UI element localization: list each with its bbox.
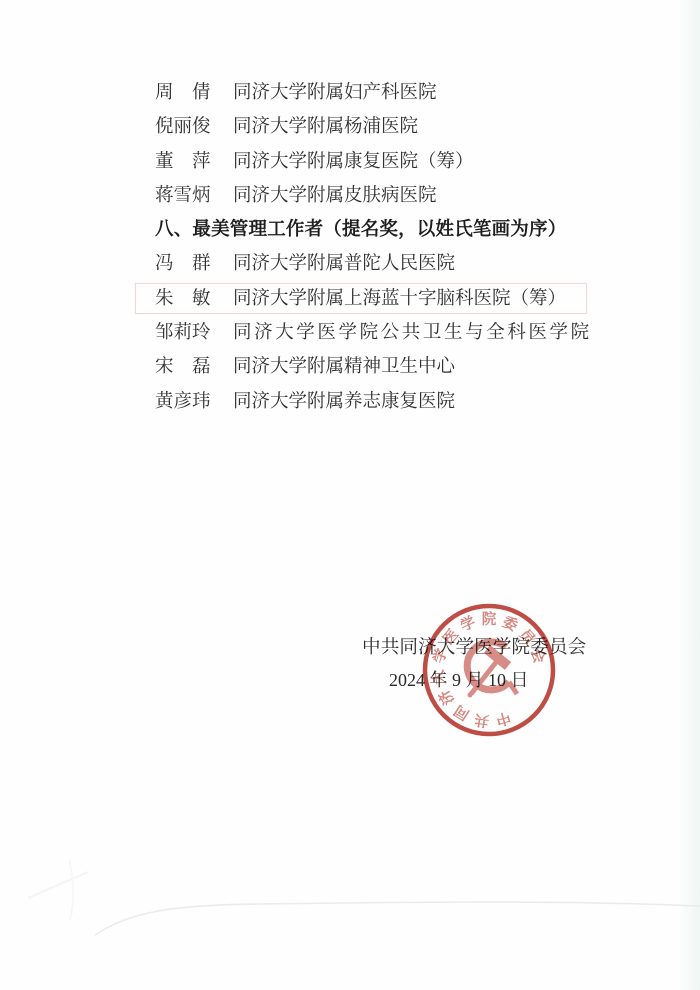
row-affiliation: 同济大学附属上海蓝十字脑科医院（筹） (233, 282, 566, 316)
award-row: 冯 群同济大学附属普陀人民医院 (155, 247, 615, 281)
scan-edge-shading (678, 0, 700, 990)
award-row: 周 倩同济大学附属妇产科医院 (155, 76, 615, 110)
award-row: 黄彦玮同济大学附属养志康复医院 (155, 385, 615, 419)
seal-char: 院 (482, 610, 497, 628)
row-name: 周 倩 (155, 76, 219, 110)
row-affiliation: 同济大学附属养志康复医院 (233, 385, 455, 419)
paper-crease (0, 860, 700, 990)
seal-char: 共 (473, 710, 490, 729)
seal-char: 学 (429, 646, 451, 665)
official-seal: 中共同济大学医学院委员会 (414, 595, 564, 745)
seal-char: 同 (451, 701, 472, 723)
row-affiliation: 同济大学附属皮肤病医院 (233, 179, 437, 213)
row-name: 宋 磊 (155, 350, 219, 384)
seal-char: 委 (500, 612, 521, 635)
seal-char: 大 (429, 668, 448, 685)
row-name: 黄彦玮 (155, 385, 219, 419)
award-row: 宋 磊同济大学附属精神卫生中心 (155, 350, 615, 384)
row-name: 朱 敏 (155, 282, 219, 316)
hammer-and-sickle-icon (467, 642, 517, 698)
row-name: 董 萍 (155, 145, 219, 179)
row-name: 邹莉玲 (155, 316, 219, 350)
row-affiliation: 同济大学医学院公共卫生与全科医学院 (233, 316, 592, 350)
row-name: 蒋雪炳 (155, 179, 219, 213)
award-row: 倪丽俊同济大学附属杨浦医院 (155, 110, 615, 144)
seal-char: 学 (457, 612, 478, 635)
seal-char: 会 (527, 646, 549, 665)
scanned-document-page: 周 倩同济大学附属妇产科医院倪丽俊同济大学附属杨浦医院董 萍同济大学附属康复医院… (0, 0, 700, 990)
seal-char: 中 (494, 708, 513, 728)
award-list: 周 倩同济大学附属妇产科医院倪丽俊同济大学附属杨浦医院董 萍同济大学附属康复医院… (155, 76, 615, 419)
award-row: 邹莉玲同济大学医学院公共卫生与全科医学院 (155, 316, 615, 350)
award-row: 蒋雪炳同济大学附属皮肤病医院 (155, 179, 615, 213)
row-name: 冯 群 (155, 247, 219, 281)
row-affiliation: 同济大学附属杨浦医院 (233, 110, 418, 144)
row-affiliation: 同济大学附属康复医院（筹） (233, 145, 474, 179)
award-row: 朱 敏同济大学附属上海蓝十字脑科医院（筹） (155, 282, 615, 316)
row-name: 倪丽俊 (155, 110, 219, 144)
section-heading: 八、最美管理工作者（提名奖，以姓氏笔画为序） (155, 213, 615, 247)
row-affiliation: 同济大学附属妇产科医院 (233, 76, 437, 110)
row-affiliation: 同济大学附属普陀人民医院 (233, 247, 455, 281)
award-row: 董 萍同济大学附属康复医院（筹） (155, 145, 615, 179)
row-affiliation: 同济大学附属精神卫生中心 (233, 350, 455, 384)
seal-char: 医 (440, 626, 463, 648)
